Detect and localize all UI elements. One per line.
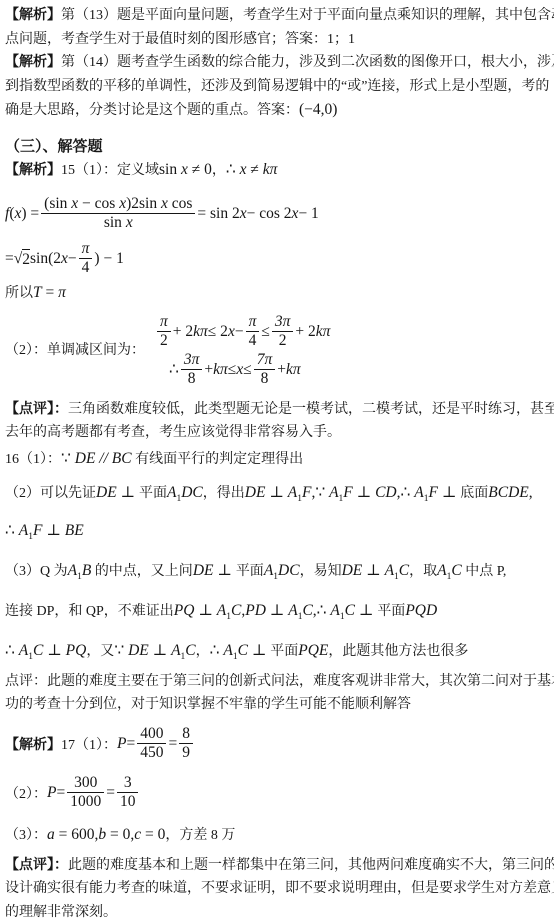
text-run: =	[106, 784, 115, 802]
text-run: ⊥	[43, 642, 65, 659]
text-run: ⊥	[194, 602, 216, 619]
text-run: A	[264, 562, 273, 579]
text-run: ，	[196, 644, 210, 659]
text-run: sin	[159, 161, 181, 178]
text-run: CD	[375, 484, 397, 501]
text-run: 所以	[5, 286, 33, 301]
text-run: kπ	[286, 361, 301, 379]
text-run: =	[5, 250, 14, 268]
text-run: = sin 2	[197, 205, 239, 223]
q15-formula-simplified: = √2 sin(2x − π4) − 1	[5, 242, 549, 276]
text-run: 确是大思路，分类讨论是这个题的重点。答案：	[5, 103, 299, 118]
text-run: −	[68, 250, 77, 268]
fraction: 3001000	[67, 774, 104, 810]
text-run: B	[82, 562, 91, 579]
bracket-label: 【解析】	[5, 163, 61, 178]
text-run: = 0	[141, 826, 165, 843]
text-run: x	[228, 323, 235, 341]
comment-q17-line2: 设计确实很有能力考查的味道，不要求证明，即不要求说明理由，但是要求学生对方差意义	[5, 877, 549, 901]
text-run: a	[47, 826, 55, 843]
text-run: ，此题其他方法也很多	[328, 644, 468, 659]
text-run: ，取	[409, 564, 437, 579]
text-run: 连接 DP，和 QP，不难证出	[5, 604, 174, 619]
text-run: kπ	[263, 161, 278, 178]
text-run: C	[238, 642, 248, 659]
text-run: A	[19, 642, 28, 659]
text-run: x	[14, 205, 21, 223]
text-run: ) − 1	[94, 250, 123, 268]
text-run: ⊥	[265, 484, 287, 501]
text-run: x	[240, 161, 247, 178]
text-run: BCDE	[488, 484, 528, 501]
q15-inequality-2: ∴ 3π8 + kπ ≤ x ≤ 7π8 + kπ	[155, 351, 330, 389]
analysis-q14-line3: 确是大思路，分类讨论是这个题的重点。答案：(−4,0)	[5, 98, 549, 123]
text-run: ，方差 8 万	[165, 828, 235, 843]
text-run: PD	[245, 602, 266, 619]
text-run: 3π	[275, 313, 291, 330]
comment-q15-line2: 去年的高考题都有考查，考生应该觉得非常容易入手。	[5, 421, 549, 445]
comment-q17-line3: 的理解非常深刻。	[5, 901, 549, 922]
text-run: DE	[193, 562, 214, 579]
text-run: ≤ 2	[208, 323, 228, 341]
q15-inequality-1: π2 + 2kπ ≤ 2x − π4 ≤ 3π2 + 2kπ	[155, 313, 330, 351]
fraction: π4	[246, 313, 260, 349]
text-run: 8	[182, 725, 190, 742]
text-run: π	[82, 240, 90, 257]
text-run: DE	[96, 484, 117, 501]
text-run: A	[437, 562, 446, 579]
text-run: ⊥	[353, 484, 375, 501]
text-run: 此题的难度基本和上题一样都集中在第三问，其他两问难度确实不大，第三问的	[68, 858, 554, 873]
q16-part1-line: 16（1）：∵ DE // BC 有线面平行的判定定理得出	[5, 447, 549, 471]
text-run: ∴	[317, 602, 331, 619]
text-run: 1000	[70, 793, 101, 810]
text-run: PQE	[298, 642, 328, 659]
text-run: PQD	[405, 602, 437, 619]
text-run: P	[117, 735, 126, 753]
fraction: 3π2	[272, 313, 294, 349]
text-run: A	[329, 484, 338, 501]
text-run: ，得出	[203, 486, 245, 501]
text-run: (−4,0)	[299, 101, 337, 118]
analysis-q13-line1: 【解析】第（13）题是平面向量问题，考查学生对于平面向量点乘知识的理解，其中包含…	[5, 4, 549, 28]
text-run: x	[181, 161, 188, 178]
bracket-label: 【点评】：	[5, 402, 68, 417]
text-run: x	[240, 205, 247, 223]
bracket-label: 【解析】	[5, 8, 61, 23]
text-run: π	[58, 284, 66, 301]
q16-part2-conclusion: ∴ A1F ⊥ BE	[5, 517, 549, 544]
text-run: ⊥	[355, 602, 377, 619]
text-run: A	[171, 642, 180, 659]
text-run: =	[42, 284, 59, 301]
text-run: ≠	[247, 161, 263, 178]
text-run: sin(2	[30, 250, 61, 268]
q15-period-line: 所以T = π	[5, 282, 549, 304]
text-run: 16（1）：	[5, 452, 61, 467]
text-run: =	[56, 784, 65, 802]
text-run: 400	[140, 725, 163, 742]
text-run: 平面	[270, 644, 298, 659]
text-run: ,	[529, 484, 533, 501]
text-run: DC	[278, 562, 300, 579]
text-run: C	[399, 562, 409, 579]
fraction: (sin x − cos x)2sin x cossin x	[41, 195, 195, 231]
text-run: )2sin	[126, 195, 161, 212]
text-run: kπ	[193, 323, 208, 341]
text-run: 4	[82, 259, 90, 276]
text-run: 8	[188, 370, 196, 387]
text-run: 4	[249, 332, 257, 349]
text-run: x	[161, 195, 168, 212]
text-run: + 2	[295, 323, 315, 341]
text-run: 2	[160, 332, 168, 349]
q16-part3-line2: 连接 DP，和 QP，不难证出PQ ⊥ A1C,PD ⊥ A1C,∴ A1C ⊥…	[5, 597, 549, 624]
solution-document: 【解析】第（13）题是平面向量问题，考查学生对于平面向量点乘知识的理解，其中包含…	[0, 0, 554, 922]
text-run: C	[302, 602, 312, 619]
text-run: A	[288, 602, 297, 619]
text-run: DE	[128, 642, 149, 659]
text-run: ∵	[61, 450, 75, 467]
text-run: π	[160, 313, 168, 330]
text-run: 平面	[377, 604, 405, 619]
fraction: 89	[179, 725, 193, 761]
text-run: 第（13）题是平面向量问题，考查学生对于平面向量点乘知识的理解，其中包含动	[61, 8, 554, 23]
text-run: 的中点，又上问	[91, 564, 193, 579]
text-run: 17（1）：	[61, 734, 117, 754]
text-run: ，	[212, 163, 226, 178]
text-run: 3π	[184, 351, 200, 368]
text-run: +	[277, 361, 286, 379]
text-run: 2	[279, 332, 287, 349]
text-run: DE	[342, 562, 363, 579]
text-run: =	[168, 735, 177, 753]
text-run: ⊥	[362, 562, 384, 579]
text-run: BE	[65, 522, 84, 539]
text-run: （2）：	[5, 783, 47, 803]
text-run: DC	[181, 484, 203, 501]
text-run: ⊥	[213, 562, 235, 579]
text-run: ∴	[5, 522, 19, 539]
text-run: x	[126, 214, 133, 231]
section-heading: （三）、解答题	[5, 136, 549, 158]
text-run: − 1	[298, 205, 318, 223]
text-run: F	[428, 484, 437, 501]
text-run: ∴	[401, 484, 415, 501]
fraction: 3π8	[181, 351, 203, 387]
q17-part2-row: （2）：P = 3001000 = 310	[5, 769, 549, 817]
text-run: 有线面平行的判定定理得出	[132, 452, 304, 467]
text-run: cos	[168, 195, 193, 212]
q17-part1-row: 【解析】17（1）：P = 400450 = 89	[5, 719, 549, 769]
text-run: ∴	[210, 642, 224, 659]
text-run: kπ	[213, 361, 228, 379]
bracket-label: 【点评】：	[5, 858, 68, 873]
text-run: PQ	[174, 602, 195, 619]
text-run: x	[61, 250, 68, 268]
text-run: ∴	[5, 642, 19, 659]
text-run: C	[345, 602, 355, 619]
text-run: 3	[124, 774, 132, 791]
q15-part2-block: （2）：单调减区间为： π2 + 2kπ ≤ 2x − π4 ≤ 3π2 + 2…	[5, 312, 549, 390]
text-run: ，易知	[300, 564, 342, 579]
fraction: π2	[157, 313, 171, 349]
text-run: 9	[182, 744, 190, 761]
text-run: − cos	[78, 195, 119, 212]
text-run: (sin	[44, 195, 71, 212]
text-run: C	[185, 642, 195, 659]
text-run: （2）可以先证	[5, 486, 96, 501]
text-run: −	[235, 323, 244, 341]
text-run: A	[19, 522, 28, 539]
text-run: ) =	[21, 205, 39, 223]
text-run: − cos 2	[247, 205, 292, 223]
text-run: 8	[261, 370, 269, 387]
text-run: ，又	[86, 644, 114, 659]
comment-q15-line1: 【点评】：三角函数难度较低，此类型题无论是一模考试，二模考试，还是平时练习，甚至	[5, 398, 549, 422]
text-run: 2	[22, 249, 30, 269]
text-run: 平面	[139, 486, 167, 501]
q15-part1-line: 【解析】15（1）：定义域sin x ≠ 0，∴ x ≠ kπ	[5, 158, 549, 182]
text-run: ∴	[226, 161, 240, 178]
text-run: T	[33, 284, 42, 301]
text-run: C	[451, 562, 461, 579]
text-run: A	[414, 484, 423, 501]
text-run: 第（14）题考查学生函数的综合能力，涉及到二次函数的图像开口，根大小，涉及	[61, 55, 554, 70]
text-run: +	[204, 361, 213, 379]
q16-part2-line: （2）可以先证DE ⊥ 平面A1DC，得出DE ⊥ A1F,∵ A1F ⊥ CD…	[5, 479, 549, 506]
text-run: ∵	[114, 642, 128, 659]
text-run: A	[385, 562, 394, 579]
fraction: 7π8	[254, 351, 276, 387]
text-run: （3）Q 为	[5, 564, 68, 579]
text-run: + 2	[173, 323, 193, 341]
q15-inequality-stack: π2 + 2kπ ≤ 2x − π4 ≤ 3π2 + 2kπ ∴ 3π8 + k…	[155, 313, 330, 389]
q16-part3-line1: （3）Q 为A1B 的中点，又上问DE ⊥ 平面A1DC，易知DE ⊥ A1C，…	[5, 557, 549, 584]
text-run: PQ	[66, 642, 87, 659]
text-run: 15（1）：定义域	[61, 163, 159, 178]
text-run: ∵	[315, 484, 329, 501]
text-run: A	[217, 602, 226, 619]
text-run: ≤	[243, 361, 252, 379]
text-run: π	[249, 313, 257, 330]
text-run: ≠ 0	[188, 161, 212, 178]
q15-part2-label: （2）：单调减区间为：	[5, 339, 145, 363]
text-run: 底面	[460, 486, 488, 501]
text-run: 300	[74, 774, 97, 791]
comment-q17-line1: 【点评】：此题的难度基本和上题一样都集中在第三问，其他两问难度确实不大，第三问的	[5, 854, 549, 878]
text-run: ⊥	[117, 484, 139, 501]
fraction: 310	[117, 774, 139, 810]
comment-q16-line1: 点评：此题的难度主要在于第三问的创新式问法，难度客观讲非常大，其次第二问对于基本	[5, 670, 549, 694]
analysis-q13-line2: 点问题，考查学生对于最值时刻的图形感官；答案：1；1	[5, 28, 549, 52]
text-run: F	[343, 484, 352, 501]
text-run: x	[292, 205, 299, 223]
text-run: DE // BC	[75, 450, 132, 467]
text-run: = 600,	[55, 826, 99, 843]
text-run: ⊥	[42, 522, 64, 539]
text-run: ⊥	[266, 602, 288, 619]
text-run: A	[288, 484, 297, 501]
text-run: A	[223, 642, 232, 659]
text-run: （2）：单调减区间为：	[5, 343, 145, 358]
text-run: 7π	[257, 351, 273, 368]
text-run: 450	[140, 744, 163, 761]
analysis-q14-line1: 【解析】第（14）题考查学生函数的综合能力，涉及到二次函数的图像开口，根大小，涉…	[5, 51, 549, 75]
text-run: sin	[104, 214, 126, 231]
text-run: kπ	[316, 323, 331, 341]
comment-q16-line2: 功的考查十分到位，对于知识掌握不牢靠的学生可能不能顺利解答	[5, 693, 549, 717]
q15-formula-fx: f(x) = (sin x − cos x)2sin x cossin x = …	[5, 188, 549, 240]
text-run: A	[330, 602, 339, 619]
bracket-label: 【解析】	[5, 734, 61, 754]
text-run: DE	[245, 484, 266, 501]
text-run: ⊥	[248, 642, 270, 659]
text-run: C	[231, 602, 241, 619]
text-run: √	[14, 250, 23, 268]
fraction: π4	[79, 240, 93, 276]
analysis-q14-line2: 到指数型函数的平移的单调性，还涉及到简易逻辑中的“或”连接，形式上是小型题，考的	[5, 75, 549, 99]
text-run: ⊥	[438, 484, 460, 501]
text-run: P	[47, 784, 56, 802]
text-run: A	[68, 562, 77, 579]
text-run: = 0,	[106, 826, 134, 843]
fraction: 400450	[137, 725, 166, 761]
text-run: ∴	[169, 360, 179, 379]
text-run: （3）：	[5, 828, 47, 843]
text-run: =	[126, 735, 135, 753]
q17-part3-line: （3）：a = 600,b = 0,c = 0，方差 8 万	[5, 821, 549, 848]
text-run: b	[98, 826, 106, 843]
text-run: 三角函数难度较低，此类型题无论是一模考试，二模考试，还是平时练习，甚至	[68, 402, 554, 417]
bracket-label: 【解析】	[5, 55, 61, 70]
text-run: 中点 P,	[462, 564, 507, 579]
text-run: ⊥	[149, 642, 171, 659]
text-run: x	[236, 361, 243, 379]
text-run: 10	[120, 793, 136, 810]
text-run: ≤	[261, 323, 270, 341]
text-run: C	[33, 642, 43, 659]
text-run: 平面	[236, 564, 264, 579]
q16-part3-line3: ∴ A1C ⊥ PQ，又∵ DE ⊥ A1C，∴ A1C ⊥ 平面PQE，此题其…	[5, 637, 549, 664]
